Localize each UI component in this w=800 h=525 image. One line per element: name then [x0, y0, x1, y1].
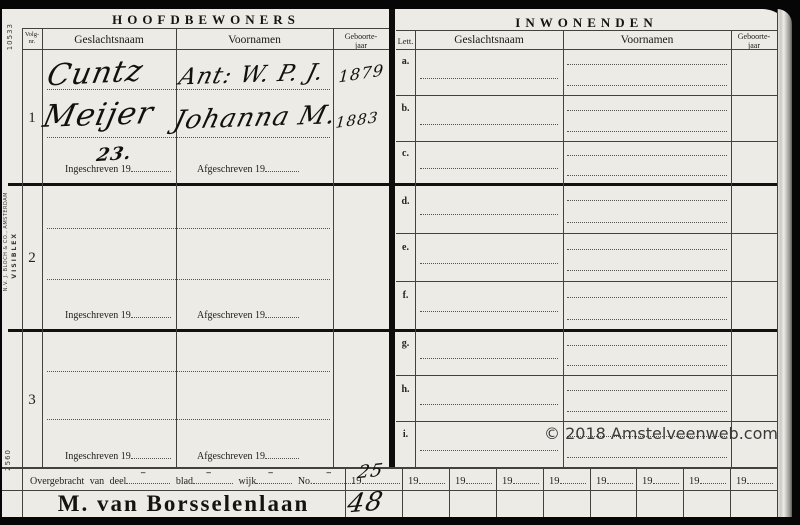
ingeschreven-text: Ingeschreven 19	[65, 451, 131, 462]
grid-line	[590, 467, 591, 517]
grid-line	[449, 467, 450, 517]
column-header-volgnr-line2: nr.	[29, 38, 36, 45]
row-letter: c.	[396, 148, 415, 159]
write-line	[420, 404, 558, 405]
grid-line	[22, 28, 23, 517]
edge-printer: N.V. J. BLOCH & CO., AMSTERDAM	[3, 192, 9, 291]
write-line	[567, 365, 727, 366]
handwritten-dash: –	[140, 466, 146, 479]
year-cell: 19	[736, 473, 773, 487]
row-letter: a.	[396, 56, 415, 67]
transfer-label-no: No.	[298, 476, 313, 487]
row-number: 3	[22, 392, 42, 409]
year-prefix: 19	[736, 476, 747, 487]
write-line	[47, 137, 330, 138]
transfer-line: Overgebracht van deel– blad– wijk– No.–	[30, 473, 355, 487]
page-edge-shading	[777, 9, 792, 517]
grid-line	[333, 28, 334, 467]
afgeschreven-text: Afgeschreven 19	[197, 164, 265, 175]
year-prefix: 19	[502, 476, 513, 487]
column-header-birthyear-left: Geboorte- jaar	[333, 32, 389, 50]
write-line	[47, 228, 330, 229]
year-cell: 19	[502, 473, 539, 487]
write-line	[567, 175, 727, 176]
grid-line	[396, 233, 777, 234]
write-line	[567, 411, 727, 412]
row-number: 1	[22, 110, 42, 127]
column-header-forenames-left: Voornamen	[176, 34, 333, 46]
afgeschreven-text: Afgeschreven 19	[197, 310, 265, 321]
footer-top-line	[2, 467, 777, 469]
grid-line	[396, 281, 777, 282]
afgeschreven-label: Afgeschreven 19	[197, 307, 299, 321]
dotted-blank	[747, 473, 773, 484]
write-line	[420, 263, 558, 264]
grid-line	[683, 467, 684, 517]
year-cell: 19	[549, 473, 586, 487]
grid-line	[543, 467, 544, 517]
afgeschreven-label: Afgeschreven 19	[197, 161, 299, 175]
dotted-blank: –	[313, 473, 355, 484]
dotted-blank: –	[193, 473, 233, 484]
year-prefix: 19	[596, 476, 607, 487]
dotted-blank	[265, 448, 299, 459]
transfer-label-wijk: wijk	[239, 476, 257, 487]
handwritten-forenames-1: Ant: W. P. J.	[176, 60, 327, 91]
dotted-blank	[131, 307, 171, 318]
ingeschreven-label: Ingeschreven 19	[65, 307, 171, 321]
grid-line	[563, 31, 564, 467]
afgeschreven-label: Afgeschreven 19	[197, 448, 299, 462]
dotted-blank	[131, 448, 171, 459]
handwritten-dash: –	[268, 466, 274, 479]
write-line	[420, 214, 558, 215]
write-line	[567, 131, 727, 132]
row-number: 2	[22, 250, 42, 267]
grid-line	[731, 31, 732, 467]
column-header-volgnr-line1: Volg-	[25, 31, 39, 38]
write-line	[420, 450, 558, 451]
transfer-label-deel: Overgebracht van deel	[30, 476, 126, 487]
write-line	[567, 222, 727, 223]
grid-line	[22, 28, 390, 29]
edge-code-top: 10533	[6, 23, 14, 50]
write-line	[567, 457, 727, 458]
write-line	[47, 279, 330, 280]
dotted-blank	[466, 473, 492, 484]
write-line	[567, 270, 727, 271]
handwritten-dash: –	[326, 466, 332, 479]
handwritten-house-number: 48	[345, 487, 386, 520]
column-header-surname-left: Geslachtsnaam	[42, 34, 176, 46]
ingeschreven-label: Ingeschreven 19	[65, 448, 171, 462]
write-line	[567, 249, 727, 250]
dotted-blank: –	[126, 473, 170, 484]
grid-line	[730, 467, 731, 517]
year-cell: 19	[689, 473, 726, 487]
section-title-hoofdbewoners: HOOFDBEWONERS	[22, 12, 390, 28]
write-line	[567, 200, 727, 201]
grid-line	[415, 31, 416, 467]
watermark: © 2018 Amstelveenweb.com	[544, 424, 778, 443]
grid-line	[396, 95, 777, 96]
street-name-stamp: M. van Borsselenlaan	[22, 491, 345, 517]
grid-line	[396, 49, 777, 50]
write-line	[420, 358, 558, 359]
section-divider-line	[389, 9, 395, 467]
write-line	[567, 345, 727, 346]
dotted-blank	[419, 473, 445, 484]
grid-line	[176, 28, 177, 467]
grid-line	[396, 141, 777, 142]
row-letter: e.	[396, 242, 415, 253]
write-line	[567, 390, 727, 391]
write-line	[47, 371, 330, 372]
birthyear-left-line1: Geboorte-	[345, 32, 377, 41]
handwritten-forenames-2: Johanna M.	[170, 100, 340, 136]
grid-line	[496, 467, 497, 517]
row-letter: h.	[396, 384, 415, 395]
handwritten-year-written: 25	[356, 460, 385, 483]
afgeschreven-text: Afgeschreven 19	[197, 451, 265, 462]
grid-line	[396, 30, 777, 31]
year-cell: 19	[408, 473, 445, 487]
handwritten-registration-year: 23.	[95, 143, 134, 166]
section-title-inwonenden: INWONENDEN	[396, 15, 777, 31]
year-prefix: 19	[455, 476, 466, 487]
ingeschreven-text: Ingeschreven 19	[65, 310, 131, 321]
year-prefix: 19	[408, 476, 419, 487]
row-letter: g.	[396, 338, 415, 349]
write-line	[567, 319, 727, 320]
dotted-blank	[265, 161, 299, 172]
write-line	[567, 110, 727, 111]
year-prefix: 19	[642, 476, 653, 487]
dotted-blank: –	[256, 473, 292, 484]
dotted-blank	[560, 473, 586, 484]
grid-line	[636, 467, 637, 517]
write-line	[420, 124, 558, 125]
row-letter: i.	[396, 429, 415, 440]
dotted-blank	[653, 473, 679, 484]
grid-line	[42, 28, 43, 467]
year-prefix: 19	[549, 476, 560, 487]
transfer-label-blad: blad	[176, 476, 193, 487]
grid-line	[396, 421, 777, 422]
year-cell: 19	[596, 473, 633, 487]
write-line	[567, 155, 727, 156]
write-line	[420, 168, 558, 169]
edge-brand: VISIBLEX	[11, 232, 18, 279]
write-line	[567, 64, 727, 65]
dotted-blank	[131, 161, 171, 172]
column-header-volgnr: Volg- nr.	[21, 31, 43, 45]
handwritten-dash: –	[206, 466, 212, 479]
grid-line	[396, 375, 777, 376]
grid-line	[22, 49, 390, 50]
year-prefix: 19	[689, 476, 700, 487]
year-cell: 19	[642, 473, 679, 487]
grid-line	[402, 467, 403, 517]
dotted-blank	[607, 473, 633, 484]
write-line	[47, 419, 330, 420]
dotted-blank	[265, 307, 299, 318]
row-letter: b.	[396, 103, 415, 114]
dotted-blank	[513, 473, 539, 484]
column-header-birthyear-right: Geboorte- jaar	[731, 32, 777, 50]
handwritten-surname-1: Cuntz	[44, 54, 146, 94]
column-header-surname-right: Geslachtsnaam	[415, 34, 563, 46]
write-line	[420, 78, 558, 79]
write-line	[567, 297, 727, 298]
year-cell: 19	[455, 473, 492, 487]
row-letter: d.	[396, 196, 415, 207]
dotted-blank	[700, 473, 726, 484]
birthyear-right-line1: Geboorte-	[738, 32, 770, 41]
write-line	[420, 311, 558, 312]
write-line	[567, 85, 727, 86]
row-letter: f.	[396, 290, 415, 301]
column-header-forenames-right: Voornamen	[563, 34, 731, 46]
register-card-scan: 10533 VISIBLEX N.V. J. BLOCH & CO., AMST…	[0, 0, 800, 525]
handwritten-surname-2: Meijer	[40, 95, 157, 135]
